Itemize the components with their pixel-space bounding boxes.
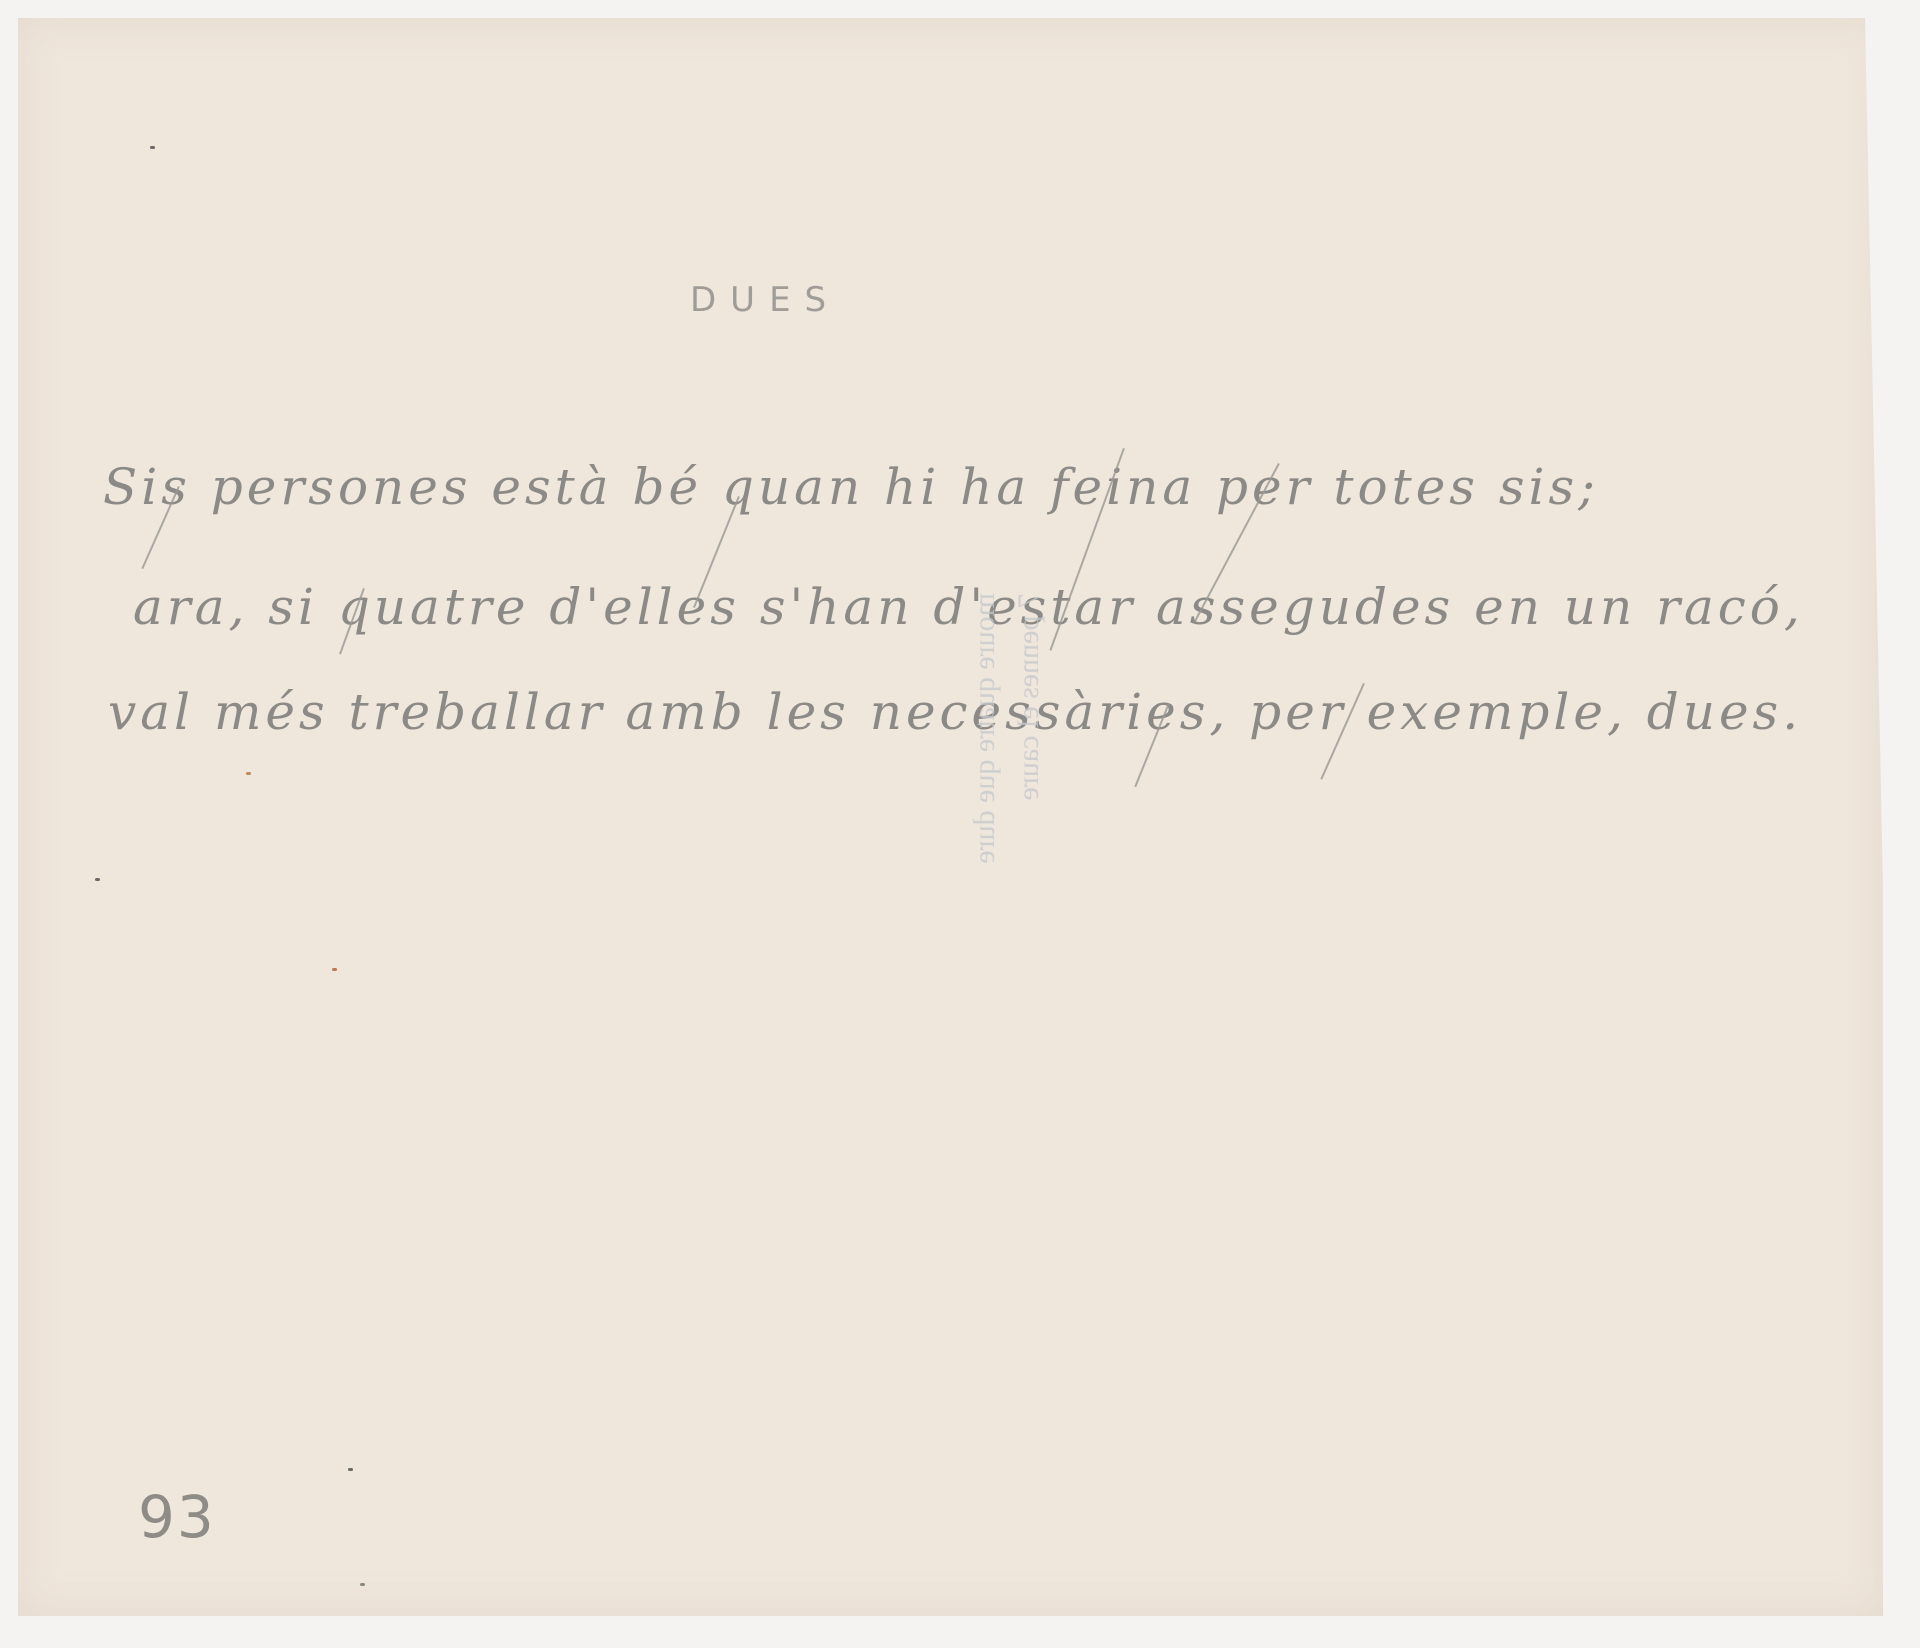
show-through-line: 7 pennes el caure bbox=[1007, 593, 1051, 864]
text-line-1: Sis persones està bé quan hi ha feina pe… bbox=[103, 458, 1599, 516]
paper-speck bbox=[95, 878, 100, 881]
paper-speck bbox=[332, 968, 337, 971]
show-through-line: moure quatre que dure bbox=[963, 593, 1007, 864]
manuscript-page: DUES Sis persones està bé quan hi ha fei… bbox=[18, 18, 1883, 1616]
text-line-3: val més treballar amb les necessàries, p… bbox=[108, 683, 1802, 741]
reverse-side-show-through: moure quatre que dure 7 pennes el caure bbox=[963, 593, 1051, 864]
paper-speck bbox=[150, 146, 155, 149]
page-title: DUES bbox=[690, 280, 840, 320]
paper-speck bbox=[348, 1468, 353, 1471]
paper-speck bbox=[246, 772, 251, 775]
page-number: 93 bbox=[138, 1483, 216, 1551]
paper-speck bbox=[360, 1583, 365, 1586]
